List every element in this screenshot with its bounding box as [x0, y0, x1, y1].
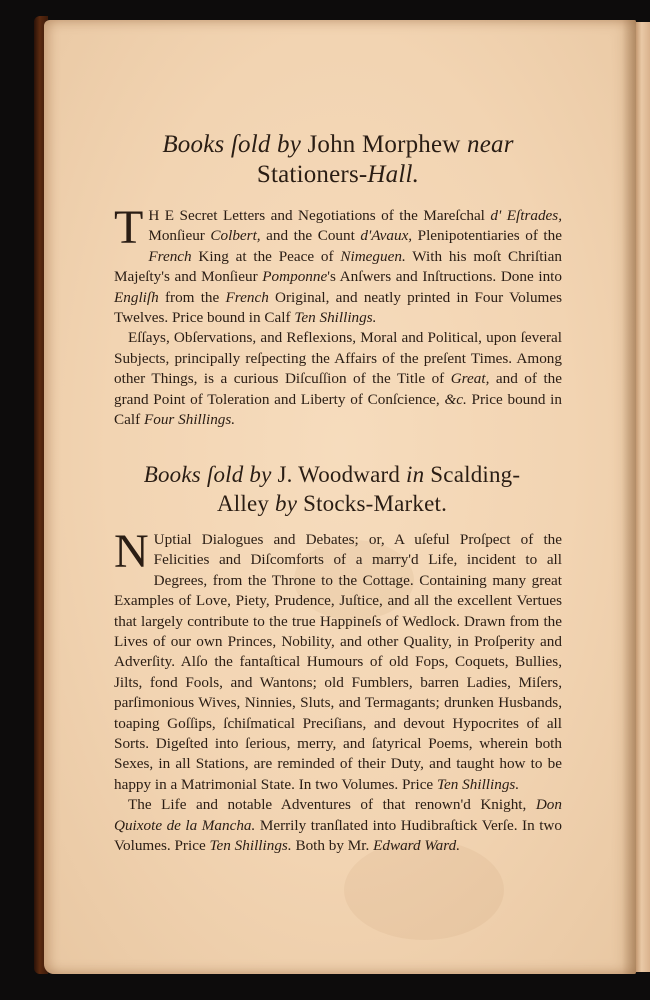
section-woodward-listings: NUptial Dialogues and Debates; or, A uſe… — [114, 530, 562, 857]
heading-italic: by — [275, 491, 297, 516]
listing-text: Both by Mr. — [292, 837, 373, 854]
listing-text: H E Secret Letters and Negotiations of t… — [148, 207, 490, 224]
location-italic: Hall. — [367, 161, 419, 188]
heading-italic: Books ſold by — [162, 131, 301, 158]
drop-cap: T — [114, 208, 143, 248]
listing-text: Monſieur — [148, 227, 210, 244]
book-page: Books ſold by John Morphew near Statione… — [44, 20, 636, 974]
gutter-shadow — [622, 20, 636, 974]
italic-name: French — [148, 248, 191, 265]
location-text: Stocks-Market. — [303, 491, 447, 516]
author-name: Edward Ward. — [373, 837, 460, 854]
heading-italic: in — [406, 462, 424, 487]
italic-word: &c. — [444, 391, 466, 408]
listing-text: from the — [159, 289, 226, 306]
heading-line-2: Alley by Stocks-Market. — [108, 489, 556, 518]
listing-nuptial-dialogues: NUptial Dialogues and Debates; or, A uſe… — [114, 530, 562, 795]
italic-name: d'Avaux, — [360, 227, 412, 244]
italic-name: Colbert, — [210, 227, 260, 244]
price-text: Ten Shillings. — [294, 309, 376, 326]
listing-don-quixote: The Life and notable Adventures of that … — [114, 795, 562, 856]
listing-estrades-letters: TH E Secret Letters and Negotiations of … — [114, 206, 562, 328]
price-text: Ten Shillings. — [437, 776, 519, 793]
drop-cap: N — [114, 532, 149, 572]
section-morphew-listings: TH E Secret Letters and Negotiations of … — [114, 206, 562, 430]
bookseller-name: J. Woodward — [278, 462, 401, 487]
italic-name: Nimeguen. — [340, 248, 405, 265]
italic-word: Great, — [451, 370, 490, 387]
book-photo: Books ſold by John Morphew near Statione… — [0, 0, 650, 1000]
price-text: Ten Shillings. — [209, 837, 291, 854]
listing-text: Uptial Dialogues and Debates; or, A uſef… — [114, 531, 562, 793]
price-text: Four Shillings. — [144, 411, 235, 428]
heading-italic: near — [467, 131, 514, 158]
italic-name: Engliſh — [114, 289, 159, 306]
bookseller-name: John Morphew — [307, 131, 460, 158]
listing-text: King at the Peace of — [192, 248, 341, 265]
section-heading-morphew: Books ſold by John Morphew near Statione… — [114, 130, 562, 190]
location-text: Stationers- — [257, 161, 368, 188]
heading-line-1: Books ſold by J. Woodward in Scalding- — [108, 460, 556, 489]
listing-text: 's Anſwers and Inſtructions. Done into — [327, 268, 562, 285]
italic-name: d' Eſtrades, — [490, 207, 562, 224]
italic-name: French — [226, 289, 269, 306]
italic-name: Pomponne — [262, 268, 327, 285]
listing-text: Plenipotentiaries of the — [412, 227, 562, 244]
section-heading-woodward: Books ſold by J. Woodward in Scalding- A… — [108, 460, 556, 518]
listing-text: The Life and notable Adventures of that … — [128, 796, 536, 813]
location-text: Alley — [217, 491, 269, 516]
heading-line-2: Stationers-Hall. — [114, 160, 562, 190]
location-text: Scalding- — [430, 462, 520, 487]
heading-italic: Books ſold by — [144, 462, 272, 487]
listing-essays-observations: Eſſays, Obſervations, and Reflexions, Mo… — [114, 328, 562, 430]
listing-text: and the Count — [261, 227, 361, 244]
heading-line-1: Books ſold by John Morphew near — [114, 130, 562, 160]
next-page-edge — [636, 22, 650, 972]
